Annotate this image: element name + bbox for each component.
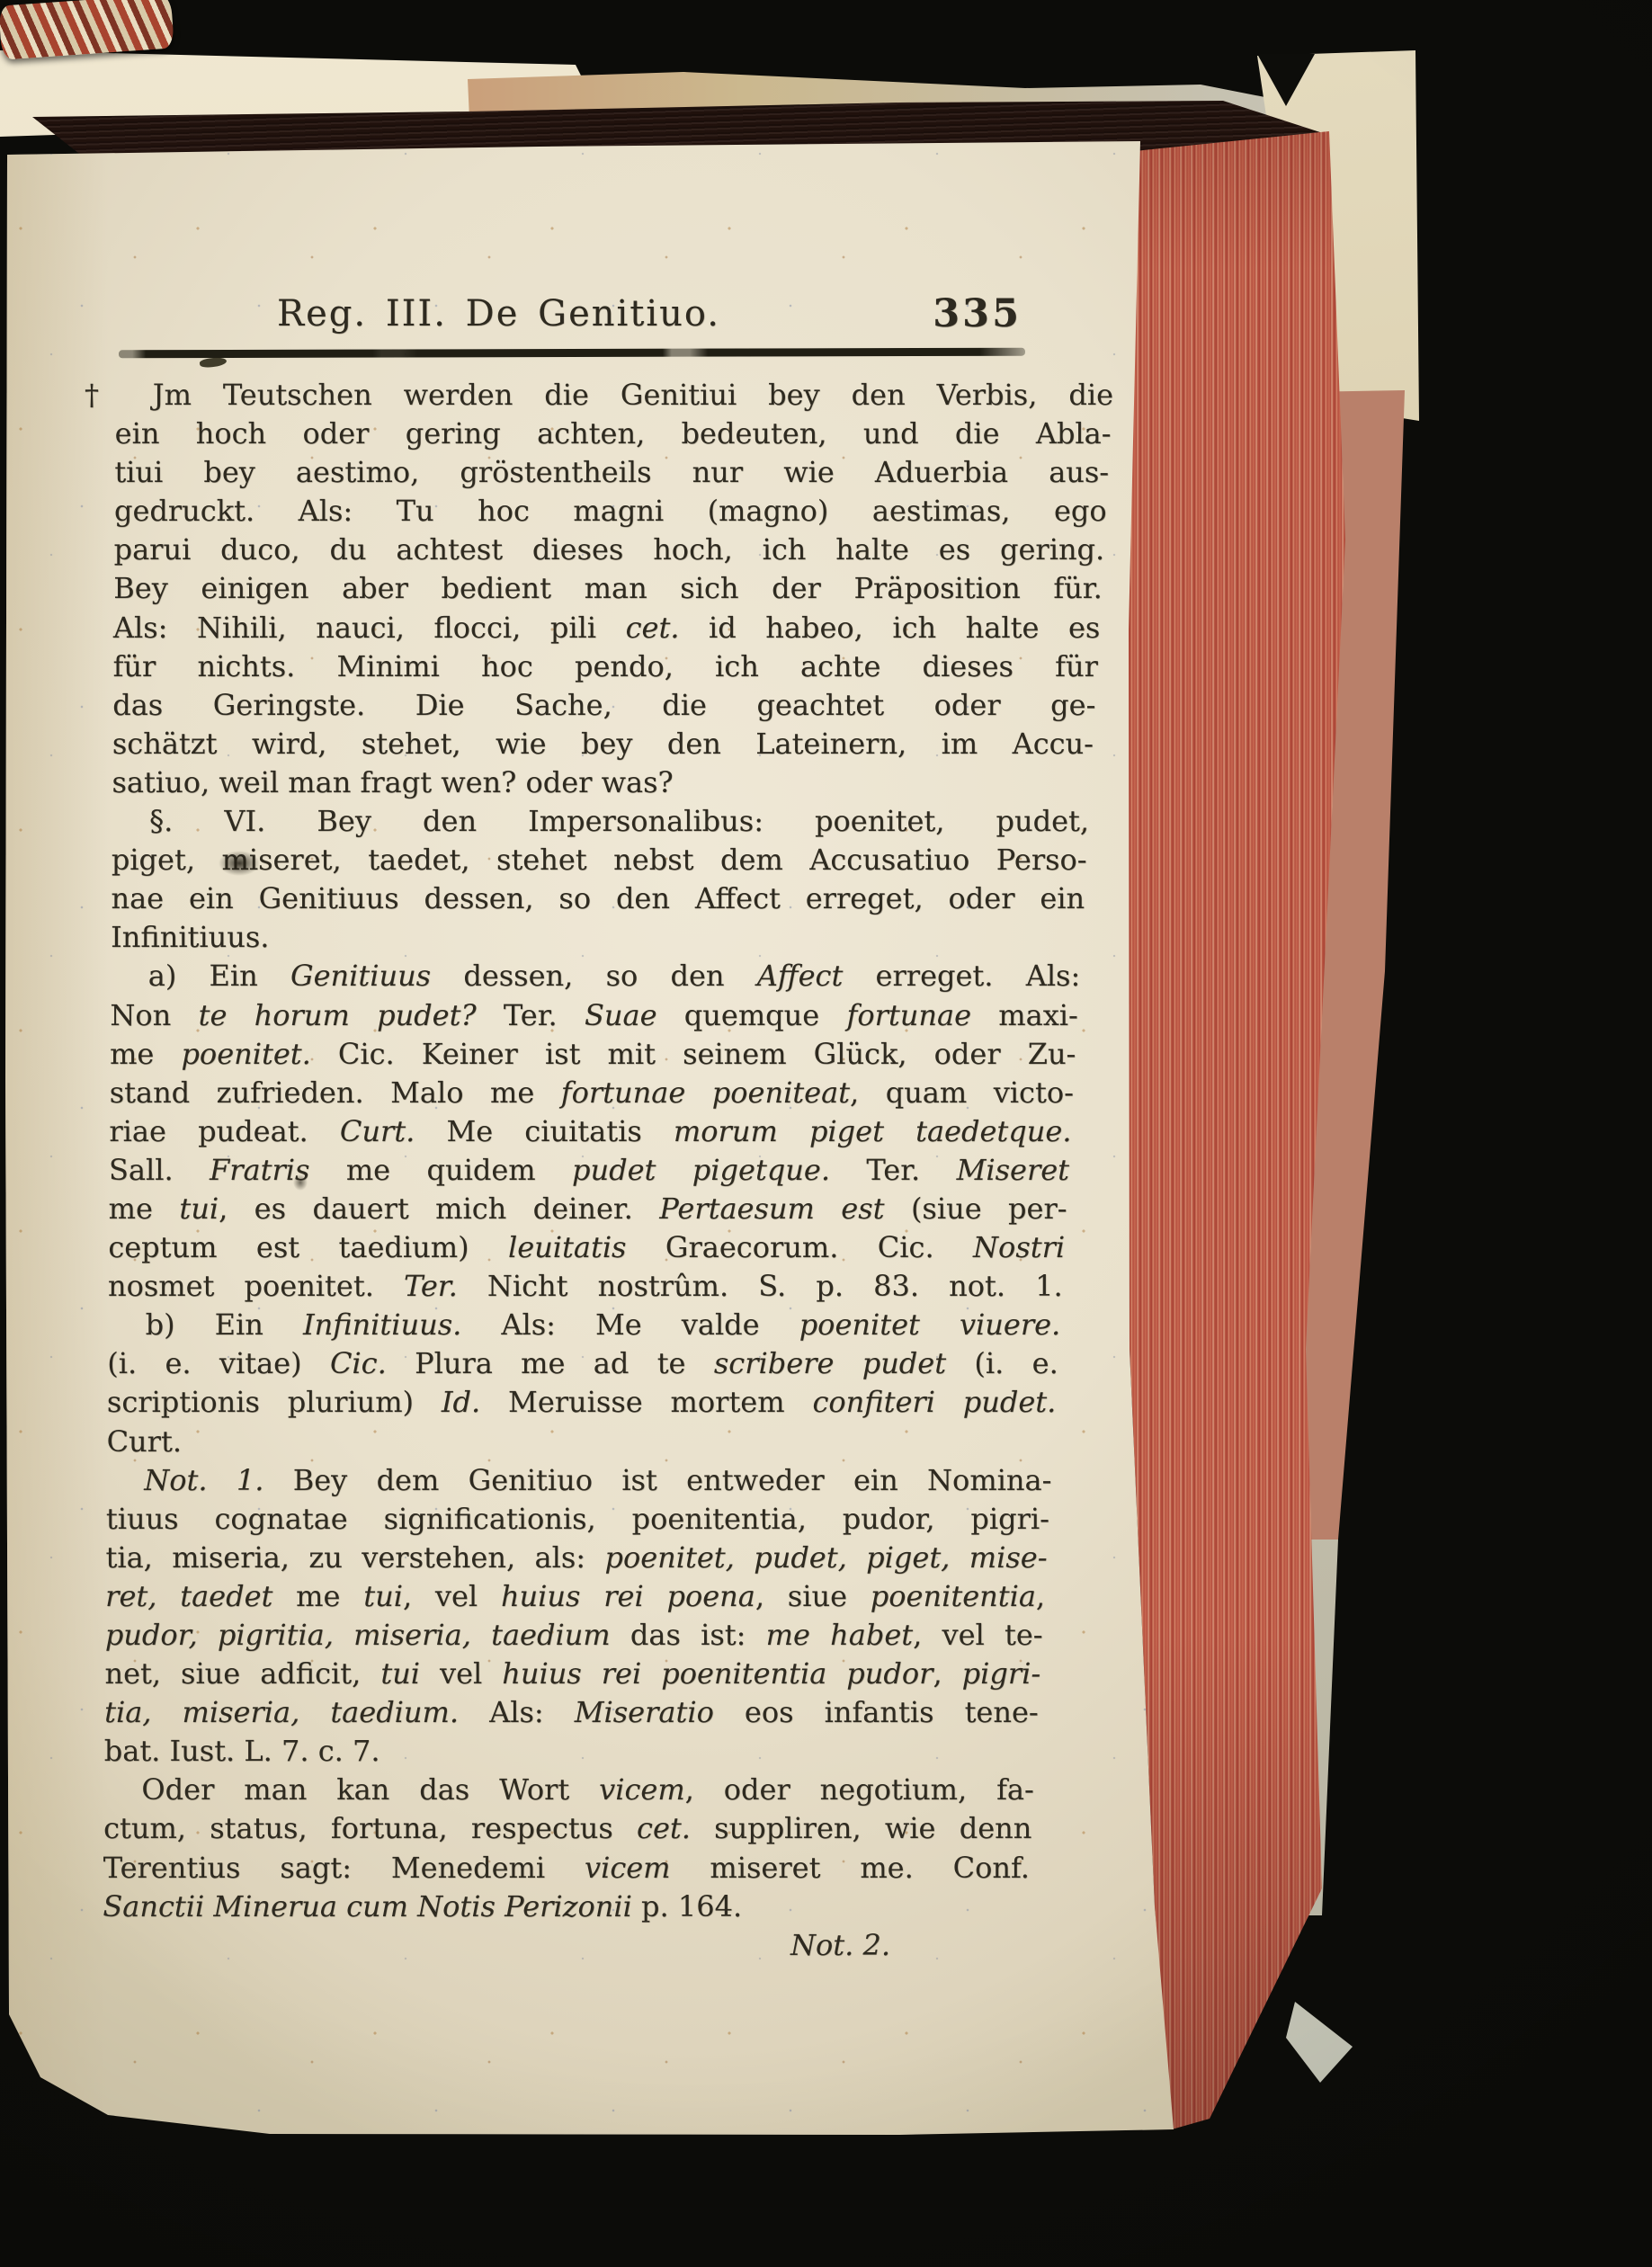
- text-line: pudor, pigritia, miseria, taedium das is…: [105, 1616, 1043, 1655]
- text-line: riae pudeat. Curt. Me ciuitatis morum pi…: [109, 1112, 1071, 1151]
- text-line: §. VI. Bey den Impersonalibus: poenitet,…: [112, 802, 1089, 841]
- text-line: tiuus cognatae significationis, poeniten…: [106, 1500, 1049, 1539]
- text-line: (i. e. vitae) Cic. Plura me ad te scribe…: [107, 1344, 1058, 1383]
- text-line: nae ein Genitiuus dessen, so den Affect …: [111, 879, 1085, 918]
- text-line: gedruckt. Als: Tu hoc magni (magno) aest…: [114, 492, 1107, 531]
- text-line: Terentius sagt: Menedemi vicem miseret m…: [103, 1849, 1030, 1888]
- text-line: a) Ein Genitiuus dessen, so den Affect e…: [111, 957, 1081, 995]
- text-line: Oder man kan das Wort vicem, oder negoti…: [103, 1771, 1033, 1809]
- page-body-text: † Jm Teutschen werden die Genitiui bey d…: [115, 376, 1113, 1965]
- text-line: Infinitiuus.: [111, 918, 1083, 957]
- text-line: me tui, es dauert mich deiner. Pertaesum…: [109, 1190, 1067, 1228]
- text-line: schätzt wird, stehet, wie bey den Latein…: [112, 725, 1094, 763]
- ink-smudge: [219, 851, 260, 876]
- text-line: das Geringste. Die Sache, die geachtet o…: [112, 686, 1095, 725]
- text-line: satiuo, weil man fragt wen? oder was?: [112, 763, 1092, 802]
- text-line: parui duco, du achtest dieses hoch, ich …: [114, 531, 1105, 569]
- running-header: Reg. III. De Genitiuo. 335: [115, 293, 1112, 344]
- text-line: † Jm Teutschen werden die Genitiui bey d…: [115, 376, 1113, 415]
- page-gutter-crease: [0, 0, 5, 1915]
- text-line: ctum, status, fortuna, respectus cet. su…: [103, 1809, 1031, 1848]
- text-line: ceptum est taedium) leuitatis Graecorum.…: [108, 1228, 1065, 1267]
- text-line: Bey einigen aber bedient man sich der Pr…: [113, 569, 1103, 608]
- text-line: tiui bey aestimo, gröstentheils nur wie …: [114, 453, 1109, 492]
- text-line: Curt.: [107, 1423, 1054, 1461]
- text-line: tia, miseria, zu verstehen, als: poenite…: [106, 1539, 1048, 1577]
- running-header-title: Reg. III. De Genitiuo.: [277, 293, 720, 335]
- text-line: Non te horum pudet? Ter. Suae quemque fo…: [110, 996, 1077, 1035]
- text-line: Not. 1. Bey dem Genitiuo ist entweder ei…: [106, 1461, 1051, 1500]
- text-line: bat. Iust. L. 7. c. 7.: [104, 1732, 1037, 1771]
- text-line: net, siue adficit, tui vel huius rei poe…: [104, 1655, 1040, 1693]
- page-number: 335: [933, 291, 1022, 336]
- text-line: Sall. Fratris me quidem pudet pigetque. …: [109, 1151, 1069, 1190]
- text-line: b) Ein Infinitiuus. Als: Me valde poenit…: [108, 1306, 1061, 1344]
- text-line: me poenitet. Cic. Keiner ist mit seinem …: [110, 1035, 1076, 1074]
- text-line: Sanctii Minerua cum Notis Perizonii p. 1…: [103, 1888, 1027, 1926]
- text-line: Als: Nihili, nauci, flocci, pili cet. id…: [113, 609, 1100, 647]
- endband: [0, 0, 174, 60]
- text-line: tia, miseria, taedium. Als: Miseratio eo…: [104, 1693, 1039, 1732]
- text-line: nosmet poenitet. Ter. Nicht nostrûm. S. …: [108, 1267, 1063, 1306]
- catchword: Not. 2.: [103, 1926, 1025, 1965]
- ink-smudge: [293, 1174, 308, 1191]
- text-line: ret, taedet me tui, vel huius rei poena,…: [105, 1577, 1045, 1616]
- text-line: stand zufrieden. Malo me fortunae poenit…: [110, 1074, 1074, 1112]
- text-line: ein hoch oder gering achten, bedeuten, u…: [115, 415, 1112, 453]
- text-line: scriptionis plurium) Id. Meruisse mortem…: [107, 1383, 1056, 1422]
- text-line: für nichts. Minimi hoc pendo, ich achte …: [113, 647, 1098, 686]
- photo-of-book: { "scene": { "description_labels": ["bla…: [0, 0, 1652, 2267]
